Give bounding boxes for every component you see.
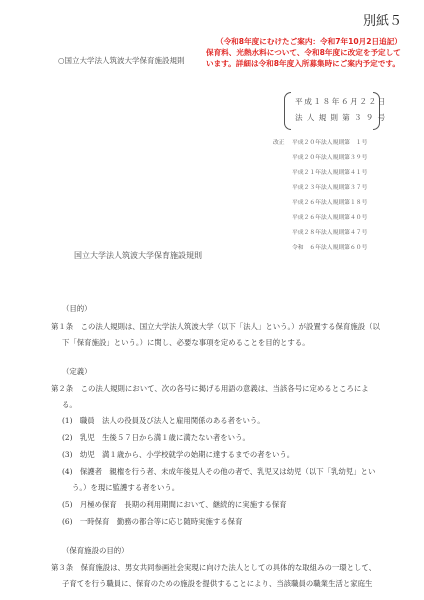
- amendment-item: 平成２０年法人規則第３９号: [292, 152, 367, 161]
- body-line: う。）を現に監護する者をいう。: [72, 482, 179, 493]
- amendment-item: 平成２３年法人規則第３７号: [292, 182, 367, 191]
- body-line: (6) 一時保育 勤務の都合等に応じ随時実施する保育: [62, 516, 242, 527]
- bracket-left: [284, 92, 291, 130]
- enactment-date: 平成１８年６月２２日: [295, 96, 387, 107]
- amendment-item: 平成２１年法人規則第４１号: [292, 167, 367, 176]
- body-line: (4) 保護者 親権を行う者、未成年後見人その他の者で、乳児又は幼児（以下「乳幼…: [62, 466, 375, 477]
- body-line: (5) 月極め保育 長期の利用期間において、継続的に実施する保育: [62, 499, 287, 510]
- amendment-item: 平成２６年法人規則第１８号: [292, 197, 367, 206]
- amendment-item: 平成２６年法人規則第４０号: [292, 212, 367, 221]
- revision-notice-line: います。詳細は令和8年度入所募集時にご案内予定です。: [206, 58, 402, 69]
- body-line: (1) 職員 法人の役員及び法人と雇用関係のある者をいう。: [62, 415, 265, 426]
- document-title: 国立大学法人筑波大学保育施設規則: [74, 250, 202, 261]
- body-line: る。: [62, 399, 77, 410]
- body-line: 下「保育施設」という。）に関し、必要な事項を定めることを目的とする。: [62, 337, 310, 348]
- body-line: 第１条 この法人規則は、国立大学法人筑波大学（以下「法人」という。）が設置する保…: [51, 321, 380, 332]
- body-line: 第３条 保育施設は、男女共同参画社会実現に向けた法人としての具体的な取組みの一環…: [51, 562, 376, 573]
- body-line: （目的）: [62, 303, 92, 314]
- regulation-short-title: ○国立大学法人筑波大学保育施設規則: [58, 55, 185, 66]
- amendment-item: 平成２０年法人規則第 １号: [292, 137, 367, 146]
- body-line: (3) 幼児 満１歳から、小学校就学の始期に達するまでの者をいう。: [62, 449, 294, 460]
- body-line: (2) 乳児 生後５７日から満１歳に満たない者をいう。: [62, 432, 250, 443]
- amendment-label: 改正: [273, 137, 285, 146]
- revision-notice-line: 保育料、光熱水料について、令和8年度に改定を予定して: [206, 47, 402, 58]
- body-line: （定義）: [62, 366, 92, 377]
- revision-notice: （令和8年度にむけたご案内：令和7年10月2日追記） 保育料、光熱水料について、…: [206, 36, 402, 69]
- body-line: 子育てを行う職員に、保育のための施設を提供することにより、当該職員の職業生活と家…: [62, 578, 372, 589]
- enactment-number: 法人規則第３９号: [295, 112, 389, 123]
- amendment-item: 平成２８年法人規則第４７号: [292, 227, 367, 236]
- body-line: 第２条 この法人規則において、次の各号に掲げる用語の意義は、当該各号に定めるとこ…: [51, 383, 369, 394]
- revision-notice-line: （令和8年度にむけたご案内：令和7年10月2日追記）: [206, 36, 402, 47]
- body-line: （保育施設の目的）: [62, 545, 129, 556]
- amendment-item: 令和 ６年法人規則第６０号: [292, 242, 367, 251]
- attachment-label: 別紙５: [363, 10, 402, 29]
- enactment-stamp: 平成１８年６月２２日 法人規則第３９号: [284, 92, 380, 130]
